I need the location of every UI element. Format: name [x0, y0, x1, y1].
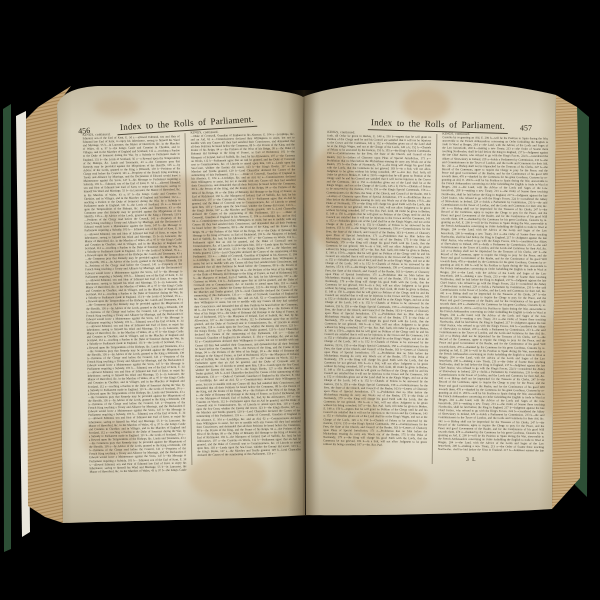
column-divider-rule	[432, 134, 438, 464]
right-fore-edge-pages	[552, 95, 582, 509]
index-text: forth, till Order be given in Berkes, E.…	[323, 134, 431, 448]
signature-mark: 3 L	[466, 457, 477, 463]
index-text: Edmund, son of the Earl of Kent, E. 3d s…	[83, 135, 187, 473]
text-column: KINGS, continued. Customs by re-granting…	[438, 132, 548, 451]
index-text: —Duke of Cornwall, Guardian of England i…	[191, 133, 302, 458]
text-column: KINGS, continued. —Duke of Cornwall, Gua…	[190, 129, 301, 465]
right-page-columns: KINGS, continued. forth, till Order be g…	[323, 130, 550, 471]
text-column: KINGS, continued. forth, till Order be g…	[323, 130, 432, 469]
left-cover-edge	[3, 104, 11, 552]
text-column: KINGS, continued. Edmund, son of the Ear…	[82, 131, 186, 473]
photo-background: 456 Index to the Rolls of Parliament. In…	[0, 0, 600, 600]
left-page-columns: KINGS, continued. Edmund, son of the Ear…	[82, 129, 301, 473]
right-page-number: 457	[520, 123, 532, 132]
index-text: Customs by re-granting an Aid, E. 200 b—…	[438, 136, 548, 451]
